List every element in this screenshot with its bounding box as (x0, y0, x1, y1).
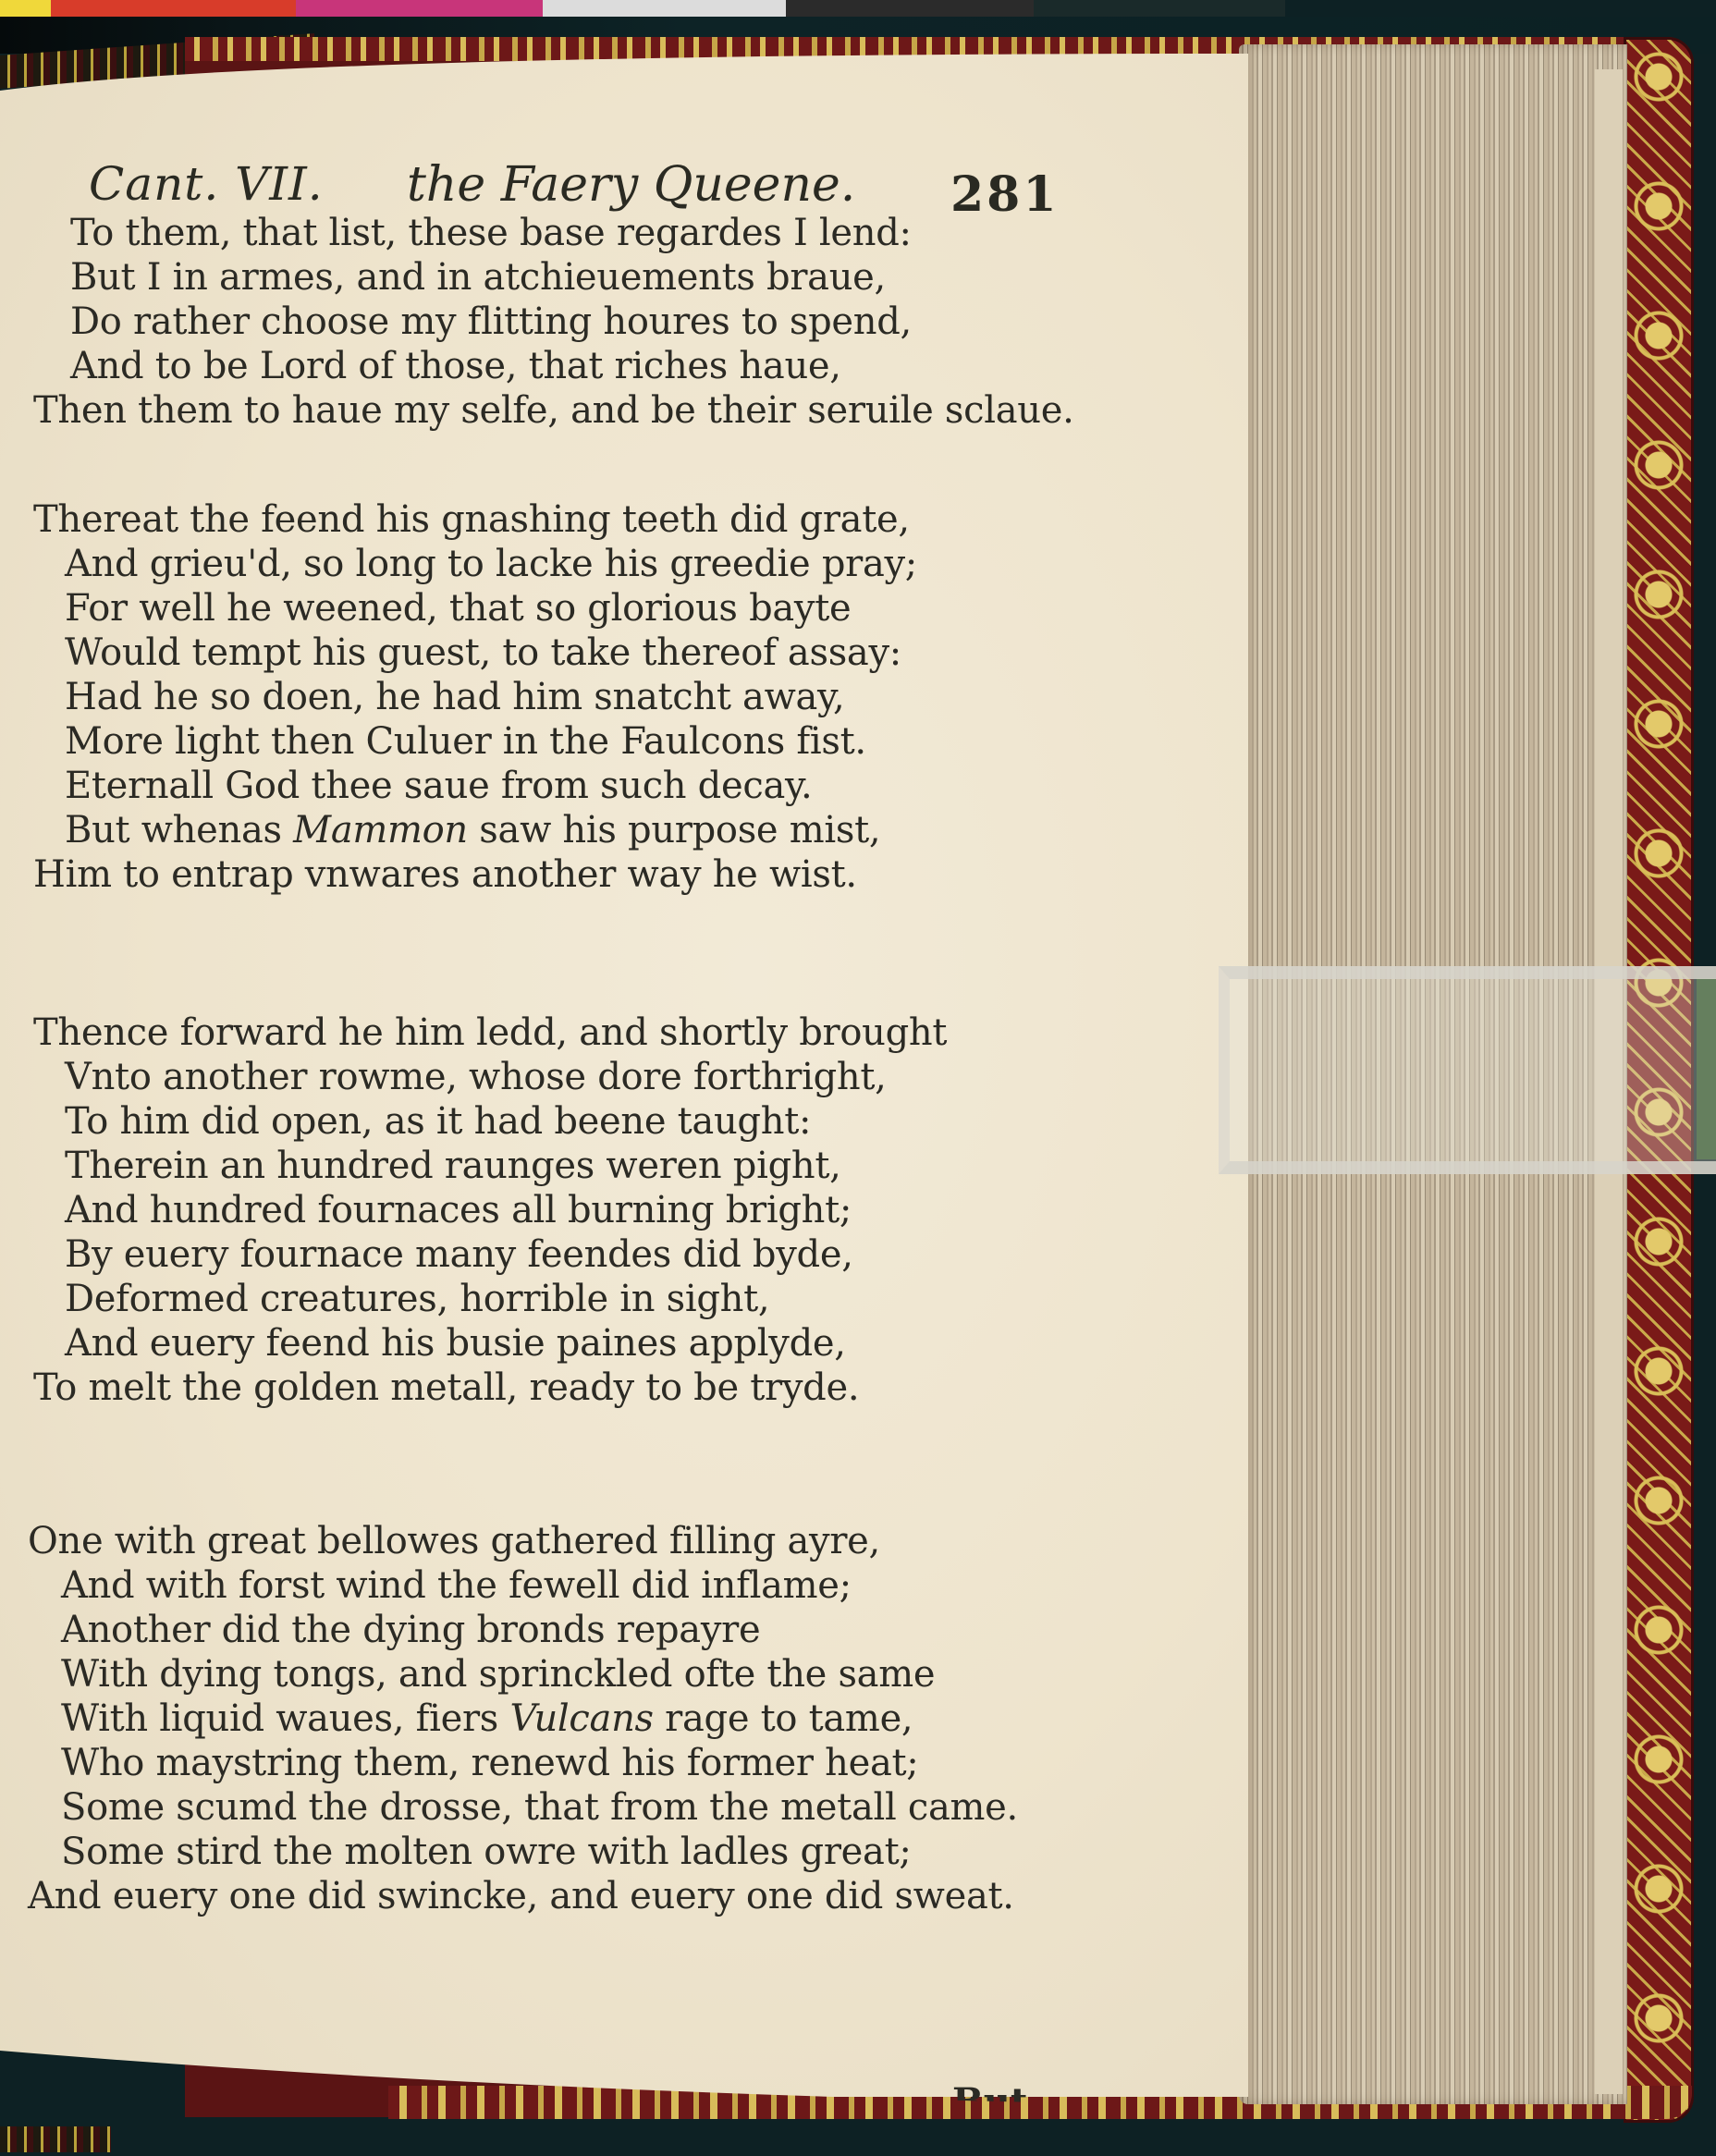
verse-line: Eternall God thee saue from such decay. (0, 764, 1202, 808)
verse-text: With liquid waues, fiers (61, 1697, 509, 1740)
stanza-2: Thereat the feend his gnashing teeth did… (0, 497, 1202, 897)
verse-line: And hundred fournaces all burning bright… (0, 1188, 1202, 1232)
color-swatch-yellow (0, 0, 51, 17)
verse-line: Who maystring them, renewd his former he… (0, 1741, 1202, 1785)
verse-line: With dying tongs, and sprinckled ofte th… (0, 1652, 1202, 1697)
verse-line: With liquid waues, fiers Vulcans rage to… (0, 1697, 1202, 1741)
verse-line: And euery one did swincke, and euery one… (0, 1874, 1202, 1918)
verse-line: But whenas Mammon saw his purpose mist, (0, 808, 1202, 852)
color-swatch-dark-teal (1034, 0, 1285, 17)
verse-line: Do rather choose my flitting houres to s… (0, 300, 1202, 344)
verse-line: And with forst wind the fewell did infla… (0, 1563, 1202, 1608)
verse-line: To melt the golden metall, ready to be t… (0, 1366, 1202, 1410)
verse-line: Him to entrap vnwares another way he wis… (0, 852, 1202, 897)
verse-line: Therein an hundred raunges weren pight, (0, 1144, 1202, 1188)
verse-line: Had he so doen, he had him snatcht away, (0, 675, 1202, 719)
book-page: Cant. VII. the Faery Queene. 281 To them… (0, 54, 1248, 2097)
verse-line: To them, that list, these base regardes … (0, 211, 1202, 255)
canto-number: Cant. VII. (89, 157, 324, 211)
verse-text: But whenas (65, 809, 293, 851)
verse-text: saw his purpose mist, (468, 809, 880, 851)
color-swatch-red (51, 0, 296, 17)
color-swatch-magenta (296, 0, 543, 17)
verse-line: Another did the dying bronds repayre (0, 1608, 1202, 1652)
color-swatch-white (543, 0, 786, 17)
stanza-1: To them, that list, these base regardes … (0, 211, 1202, 433)
verse-line: Vnto another rowme, whose dore forthrigh… (0, 1055, 1202, 1099)
stanza-4: One with great bellowes gathered filling… (0, 1519, 1202, 1918)
running-title: the Faery Queene. (407, 157, 855, 213)
proper-name-mammon: Mammon (293, 809, 468, 851)
verse-line: More light then Culuer in the Faulcons f… (0, 719, 1202, 764)
color-swatch-dark-gray (786, 0, 1034, 17)
verse-line: And to be Lord of those, that riches hau… (0, 344, 1202, 388)
verse-line: To him did open, as it had beene taught: (0, 1099, 1202, 1144)
verse-line: Thence forward he him ledd, and shortly … (0, 1011, 1202, 1055)
verse-line: But I in armes, and in atchieuements bra… (0, 255, 1202, 300)
verse-line: Would tempt his guest, to take thereof a… (0, 631, 1202, 675)
color-calibration-bar (0, 0, 1285, 17)
verse-text: rage to tame, (654, 1697, 913, 1740)
stanza-3: Thence forward he him ledd, and shortly … (0, 1011, 1202, 1410)
verse-line: Thereat the feend his gnashing teeth did… (0, 497, 1202, 542)
verse-line: For well he weened, that so glorious bay… (0, 586, 1202, 631)
verse-line: By euery fournace many feendes did byde, (0, 1232, 1202, 1277)
verse-line: Some scumd the drosse, that from the met… (0, 1785, 1202, 1830)
proper-name-vulcans: Vulcans (509, 1697, 653, 1740)
verse-line: And euery feend his busie paines applyde… (0, 1321, 1202, 1366)
verse-line: Deformed creatures, horrible in sight, (0, 1277, 1202, 1321)
verse-line: Then them to haue my selfe, and be their… (0, 388, 1202, 433)
page-clip (1219, 966, 1716, 1174)
verse-line: Some stird the molten owre with ladles g… (0, 1830, 1202, 1874)
verse-line: And grieu'd, so long to lacke his greedi… (0, 542, 1202, 586)
verse-line: One with great bellowes gathered filling… (0, 1519, 1202, 1563)
tailband (0, 2126, 111, 2152)
